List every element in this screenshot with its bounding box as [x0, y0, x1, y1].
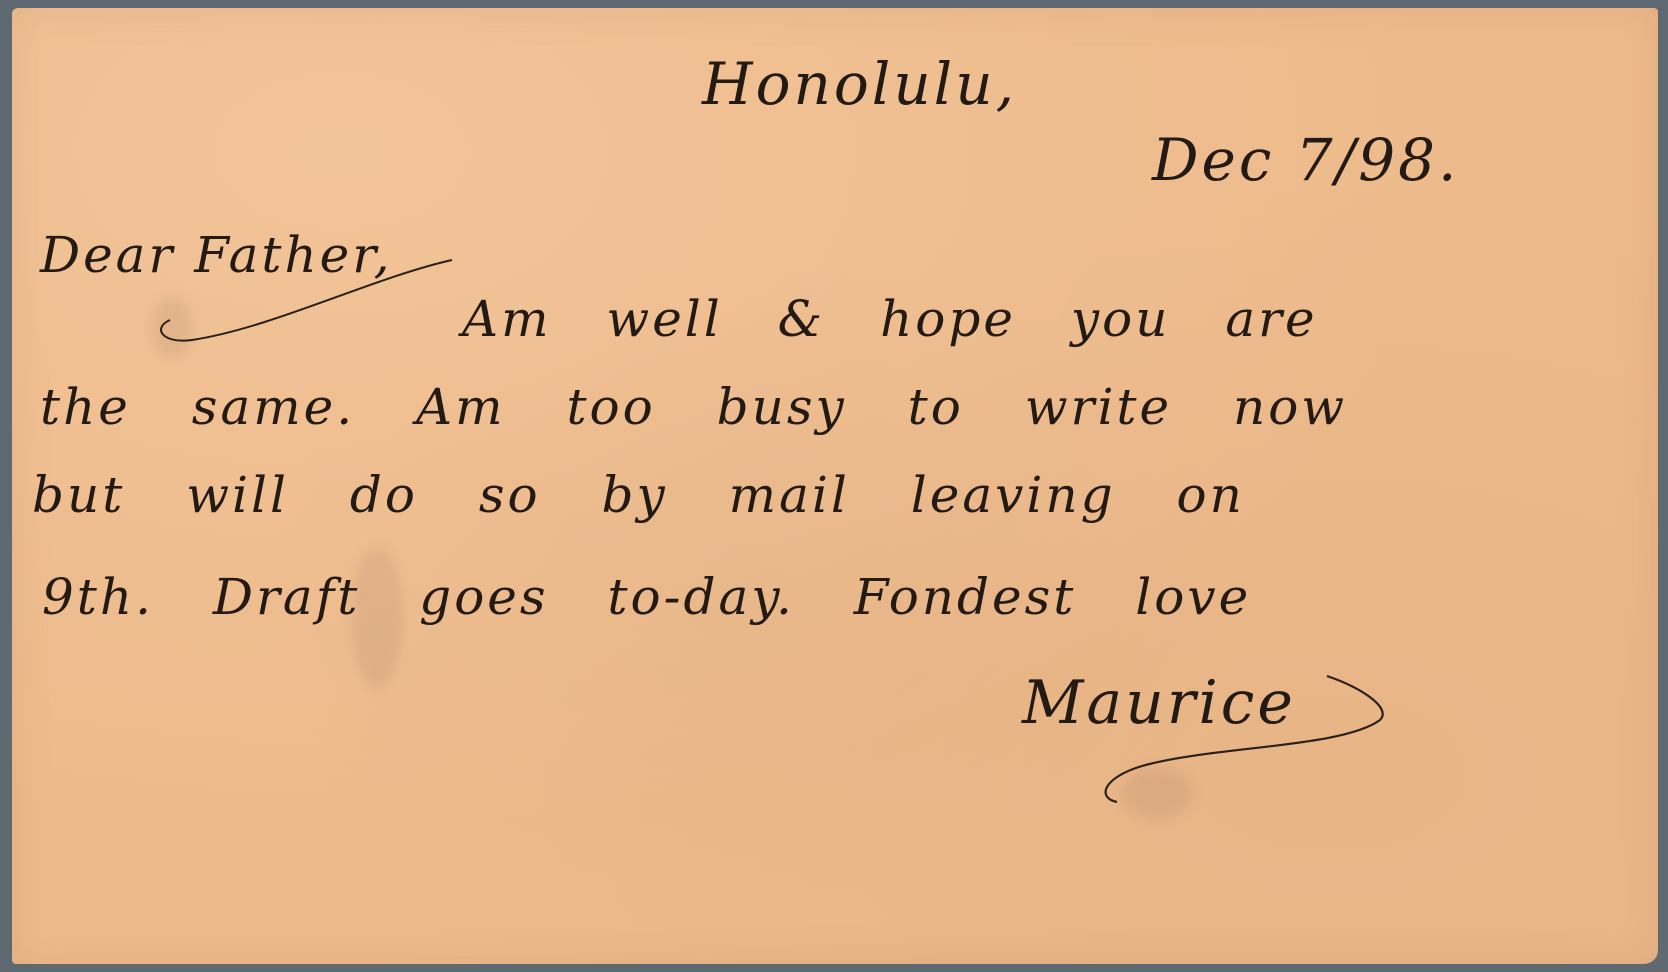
pen-flourishes — [12, 8, 1658, 964]
signature-underline-flourish — [1106, 676, 1383, 802]
salutation-underline-flourish — [161, 260, 452, 341]
postcard: Honolulu, Dec 7/98. Dear Father, Am well… — [12, 8, 1658, 964]
